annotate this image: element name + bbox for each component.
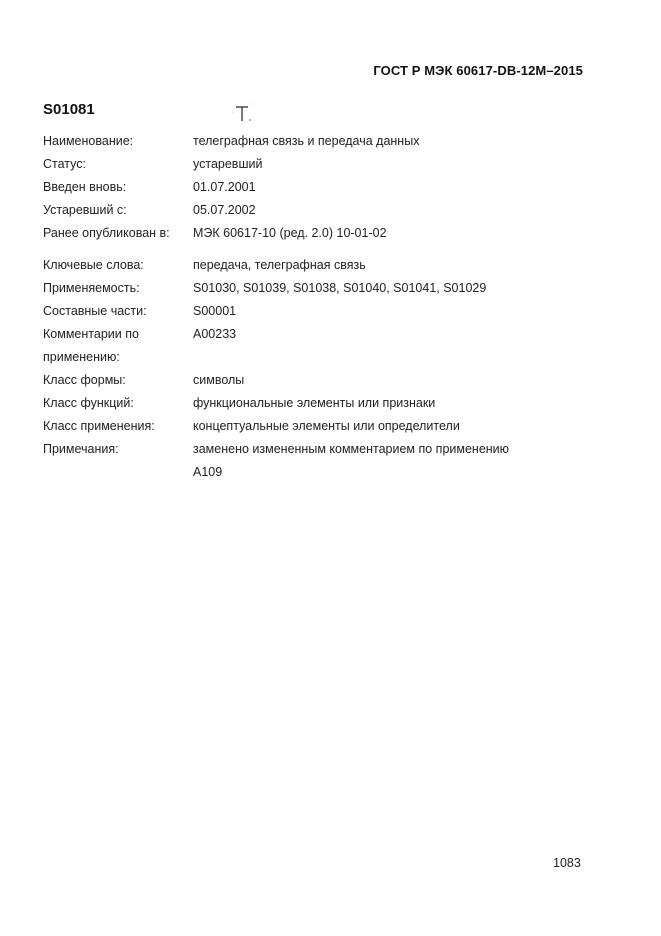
field-previously-published: Ранее опубликован в: МЭК 60617-10 (ред. … — [43, 222, 603, 245]
field-application-notes: Комментарии по применению: A00233 — [43, 323, 603, 369]
field-value: функциональные элементы или признаки — [193, 392, 603, 415]
field-label: Комментарии по применению: — [43, 323, 193, 369]
field-value: S00001 — [193, 300, 603, 323]
field-obsolete-since: Устаревший с: 05.07.2002 — [43, 199, 603, 222]
field-form-class: Класс формы: символы — [43, 369, 603, 392]
entry-fields: Наименование: телеграфная связь и переда… — [43, 130, 603, 484]
field-application-class: Класс применения: концептуальные элемент… — [43, 415, 603, 438]
field-value: заменено измененным комментарием по прим… — [193, 438, 603, 484]
field-label: Класс формы: — [43, 369, 193, 392]
field-label-line: применению: — [43, 346, 193, 369]
field-keywords: Ключевые слова: передача, телеграфная св… — [43, 254, 603, 277]
document-standard-header: ГОСТ Р МЭК 60617-DB-12M–2015 — [373, 63, 583, 78]
field-label: Статус: — [43, 153, 193, 176]
telegraph-symbol-icon — [231, 103, 253, 125]
field-value: символы — [193, 369, 603, 392]
field-label: Введен вновь: — [43, 176, 193, 199]
field-label: Устаревший с: — [43, 199, 193, 222]
field-label-line: Комментарии по — [43, 323, 193, 346]
field-value: концептуальные элементы или определители — [193, 415, 603, 438]
field-value: МЭК 60617-10 (ред. 2.0) 10-01-02 — [193, 222, 603, 245]
field-value: S01030, S01039, S01038, S01040, S01041, … — [193, 277, 603, 300]
field-value: 05.07.2002 — [193, 199, 603, 222]
field-label: Наименование: — [43, 130, 193, 153]
entry-id-heading: S01081 — [43, 101, 95, 118]
field-value: A00233 — [193, 323, 603, 369]
field-label: Составные части: — [43, 300, 193, 323]
field-remarks: Примечания: заменено измененным коммента… — [43, 438, 603, 484]
field-label: Ранее опубликован в: — [43, 222, 193, 245]
field-label: Класс функций: — [43, 392, 193, 415]
field-function-class: Класс функций: функциональные элементы и… — [43, 392, 603, 415]
field-status: Статус: устаревший — [43, 153, 603, 176]
field-label: Примечания: — [43, 438, 193, 484]
field-introduced: Введен вновь: 01.07.2001 — [43, 176, 603, 199]
field-applicability: Применяемость: S01030, S01039, S01038, S… — [43, 277, 603, 300]
field-components: Составные части: S00001 — [43, 300, 603, 323]
field-label: Применяемость: — [43, 277, 193, 300]
field-value-line: заменено измененным комментарием по прим… — [193, 438, 603, 461]
field-value-line: A109 — [193, 461, 603, 484]
field-value: телеграфная связь и передача данных — [193, 130, 603, 153]
page-number: 1083 — [553, 856, 581, 870]
field-name: Наименование: телеграфная связь и переда… — [43, 130, 603, 153]
field-value: устаревший — [193, 153, 603, 176]
field-label: Класс применения: — [43, 415, 193, 438]
field-label: Ключевые слова: — [43, 254, 193, 277]
field-value: 01.07.2001 — [193, 176, 603, 199]
field-value: передача, телеграфная связь — [193, 254, 603, 277]
